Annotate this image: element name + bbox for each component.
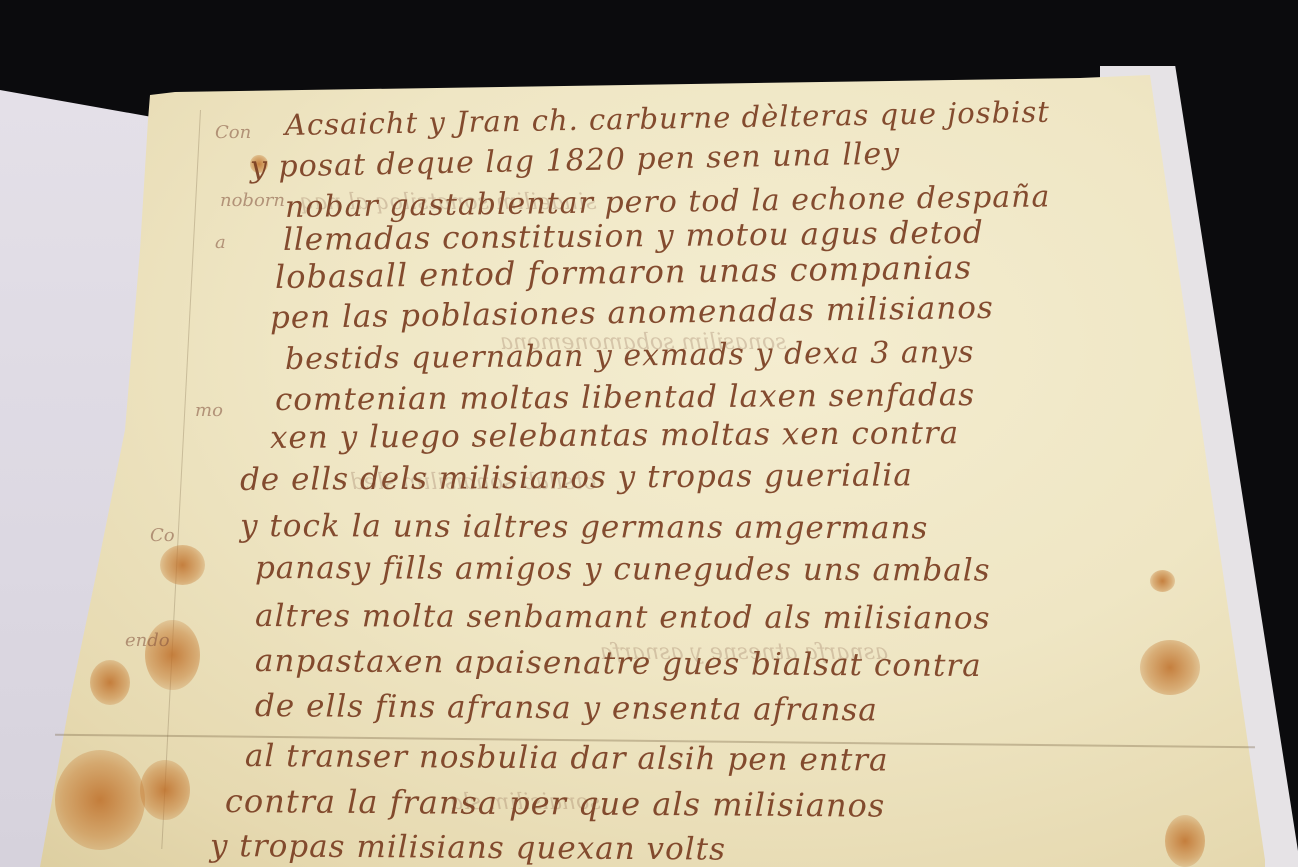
manuscript-line: panasy fills amigos y cunegudes uns amba… [255,550,991,589]
margin-note: a [215,232,226,253]
stain-spot [160,545,205,585]
manuscript-line: altres molta senbamant entod als milisia… [255,598,991,637]
margin-note: noborn [220,190,285,211]
photo-scene: sinaeilim sonatsiloq al naq sonasilim so… [0,0,1298,867]
stain-spot [1140,640,1200,695]
margin-note: Co [150,525,175,546]
manuscript-line: y tock la uns ialtres germans amgermans [240,508,929,546]
manuscript-line: y tropas milisians quexan volts [210,828,726,867]
manuscript-line: comtenian moltas libentad laxen senfadas [275,377,975,418]
stain-spot [90,660,130,705]
margin-note: endo [125,630,170,651]
stain-spot [1150,570,1175,592]
manuscript-line: xen y luego selebantas moltas xen contra [270,415,959,456]
stain-spot [55,750,145,850]
margin-note: mo [195,400,223,421]
manuscript-line: de ells fins afransa y ensenta afransa [255,688,878,728]
margin-note: Con [215,122,251,143]
stain-spot [1165,815,1205,867]
manuscript-line: anpastaxen apaisenatre gues bialsat cont… [255,643,982,684]
manuscript-line: contra la fransa per que als milisianos [225,782,886,825]
stain-spot [140,760,190,820]
manuscript-line: bestids quernaban y exmads y dexa 3 anys [285,335,975,377]
manuscript-line: al transer nosbulia dar alsih pen entra [245,738,889,778]
manuscript-line: de ells dels milisianos y tropas guerial… [240,457,913,498]
